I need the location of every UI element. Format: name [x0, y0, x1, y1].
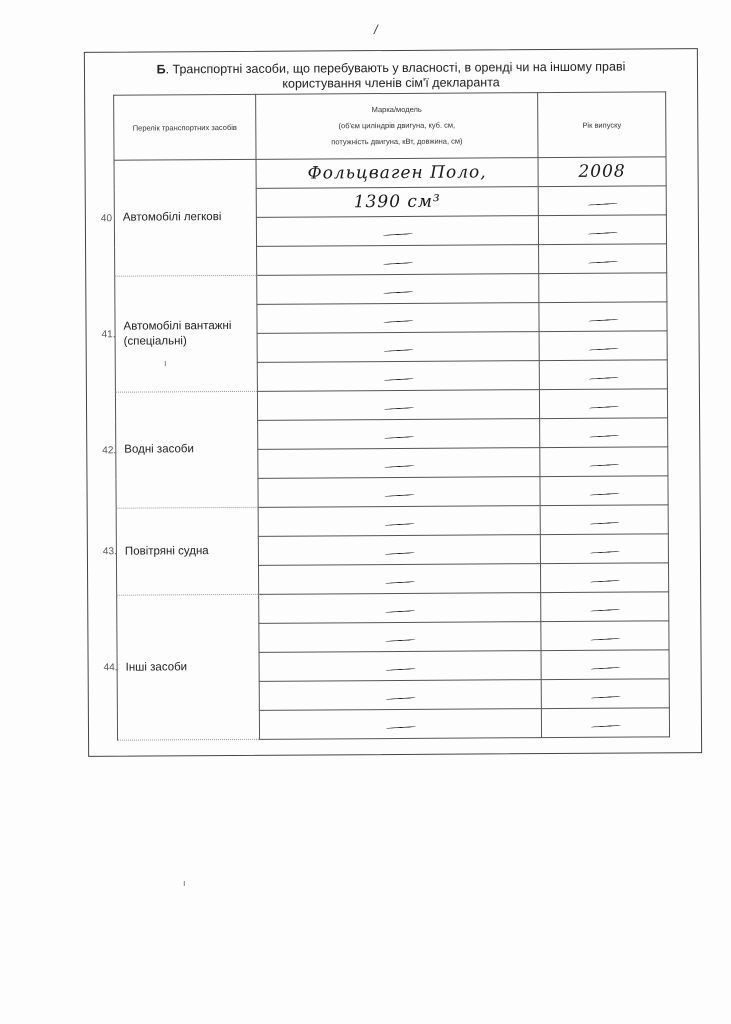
scan-mark: ı	[183, 878, 186, 888]
category-label: Водні засоби	[116, 442, 257, 458]
header-make-model-line: Марка/модель	[256, 101, 537, 119]
category-cell: 42.Водні засоби	[115, 391, 258, 508]
handwritten-dash	[385, 639, 415, 642]
make-model-cell: 1390 см³	[256, 187, 538, 218]
year-cell	[541, 679, 669, 709]
handwritten-dash	[590, 638, 620, 641]
handwritten-dash	[590, 725, 620, 728]
handwritten-dash	[589, 464, 619, 467]
year-cell	[538, 215, 666, 245]
header-make-model-line: потужність двигуна, кВт, довжина, см)	[256, 133, 537, 151]
handwritten-entry: Фольцваген Поло,	[307, 162, 486, 183]
handwritten-dash	[590, 609, 620, 612]
category-label: Повітряні судна	[117, 543, 258, 559]
handwritten-dash	[383, 262, 413, 265]
header-year: Рік випуску	[538, 92, 666, 158]
year-cell	[539, 302, 667, 332]
table-header-row: Перелік транспортних засобів Марка/модел…	[114, 92, 666, 160]
header-make-model-line: (об'єм циліндрів двигуна, куб. см,	[256, 117, 537, 135]
make-model-cell	[259, 622, 541, 653]
make-model-cell	[257, 274, 539, 305]
category-cell: 40Автомобілі легкові	[114, 159, 257, 276]
page-mark: /	[374, 22, 378, 37]
section-title: Б. Транспортні засоби, що перебувають у …	[85, 59, 697, 93]
category-label: Автомобілі вантажні (спеціальні)	[115, 318, 256, 349]
scan-mark: ı	[164, 358, 167, 368]
handwritten-dash	[589, 493, 619, 496]
table-row: 42.Водні засоби	[115, 389, 667, 421]
year-cell	[540, 476, 668, 506]
handwritten-dash	[590, 580, 620, 583]
make-model-cell: Фольцваген Поло,	[256, 158, 538, 189]
handwritten-entry: 2008	[578, 162, 625, 182]
handwritten-dash	[385, 668, 415, 671]
handwritten-dash	[383, 378, 413, 381]
handwritten-dash	[385, 610, 415, 613]
handwritten-dash	[382, 233, 412, 236]
table-row: 44.Інші засоби	[117, 592, 669, 624]
make-model-cell	[258, 419, 540, 450]
year-cell	[541, 708, 669, 738]
year-cell	[540, 505, 668, 535]
make-model-cell	[257, 332, 539, 363]
handwritten-dash	[384, 552, 414, 555]
make-model-cell	[257, 303, 539, 334]
category-label: Інші засоби	[118, 659, 259, 675]
table-body: 40Автомобілі легковіФольцваген Поло,2008…	[114, 157, 670, 740]
year-cell	[539, 360, 667, 390]
year-cell	[539, 273, 667, 303]
category-cell: 44.Інші засоби	[117, 594, 260, 740]
handwritten-dash	[383, 291, 413, 294]
handwritten-dash	[384, 523, 414, 526]
handwritten-dash	[383, 349, 413, 352]
category-cell: 41.Автомобілі вантажні (спеціальні)	[115, 275, 258, 392]
make-model-cell	[256, 216, 538, 247]
handwritten-dash	[590, 667, 620, 670]
handwritten-dash	[588, 377, 618, 380]
make-model-cell	[259, 651, 541, 682]
make-model-cell	[259, 680, 541, 711]
handwritten-dash	[385, 726, 415, 729]
handwritten-dash	[589, 435, 619, 438]
handwritten-dash	[589, 522, 619, 525]
handwritten-dash	[384, 436, 414, 439]
handwritten-dash	[383, 320, 413, 323]
make-model-cell	[259, 709, 541, 740]
year-cell	[538, 186, 666, 216]
year-cell	[540, 534, 668, 564]
make-model-cell	[258, 564, 540, 595]
handwritten-dash	[587, 232, 617, 235]
make-model-cell	[258, 535, 540, 566]
year-cell	[541, 650, 669, 680]
year-cell	[541, 592, 669, 622]
handwritten-dash	[587, 203, 617, 206]
handwritten-dash	[588, 319, 618, 322]
year-cell	[540, 447, 668, 477]
year-cell	[539, 244, 667, 274]
handwritten-dash	[589, 406, 619, 409]
table-row: 40Автомобілі легковіФольцваген Поло,2008	[114, 157, 666, 189]
make-model-cell	[257, 361, 539, 392]
make-model-cell	[257, 245, 539, 276]
header-vehicle-list: Перелік транспортних засобів	[114, 94, 256, 160]
table-row: 43.Повітряні судна	[116, 505, 668, 537]
year-cell	[540, 563, 668, 593]
category-number: 40	[101, 213, 112, 224]
handwritten-dash	[588, 261, 618, 264]
category-number: 41.	[102, 329, 116, 340]
handwritten-dash	[589, 551, 619, 554]
make-model-cell	[259, 593, 541, 624]
vehicles-table: Перелік транспортних засобів Марка/модел…	[113, 91, 670, 740]
handwritten-dash	[590, 696, 620, 699]
category-cell: 43.Повітряні судна	[116, 507, 259, 595]
make-model-cell	[258, 506, 540, 537]
make-model-cell	[258, 448, 540, 479]
year-cell	[540, 418, 668, 448]
handwritten-dash	[384, 494, 414, 497]
make-model-cell	[258, 477, 540, 508]
header-make-model: Марка/модель (об'єм циліндрів двигуна, к…	[256, 93, 538, 160]
declaration-section-frame: Б. Транспортні засоби, що перебувають у …	[84, 48, 702, 757]
year-cell	[541, 621, 669, 651]
table-row: 41.Автомобілі вантажні (спеціальні)	[115, 273, 667, 305]
handwritten-dash	[384, 465, 414, 468]
handwritten-dash	[384, 407, 414, 410]
year-cell: 2008	[538, 157, 666, 187]
handwritten-dash	[385, 697, 415, 700]
handwritten-dash	[385, 581, 415, 584]
category-number: 44.	[104, 662, 118, 673]
handwritten-entry: 1390 см³	[354, 192, 441, 213]
category-number: 43.	[103, 546, 117, 557]
category-label: Автомобілі легкові	[115, 210, 256, 226]
year-cell	[539, 331, 667, 361]
category-number: 42.	[102, 445, 116, 456]
make-model-cell	[257, 390, 539, 421]
year-cell	[539, 389, 667, 419]
section-title-line1: . Транспортні засоби, що перебувають у в…	[165, 60, 625, 77]
section-letter: Б	[157, 62, 166, 76]
handwritten-dash	[588, 348, 618, 351]
